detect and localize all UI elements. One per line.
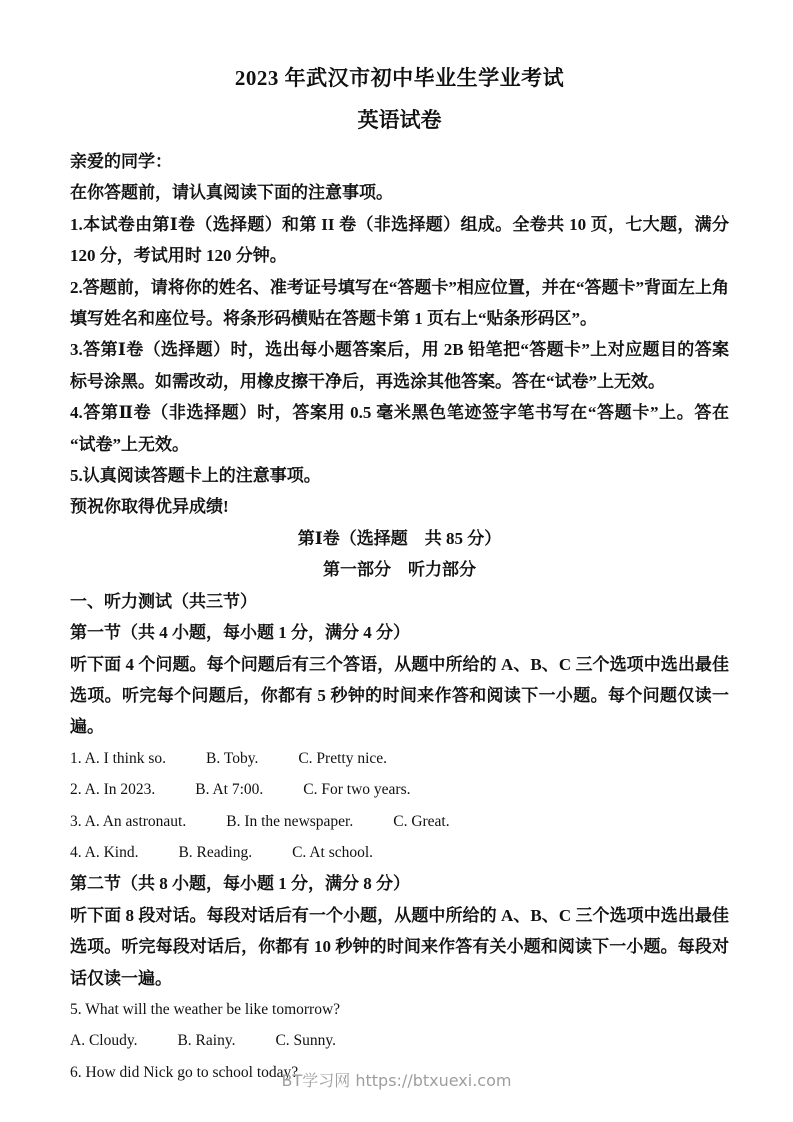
- option-cell: B. Rainy.: [177, 1025, 235, 1056]
- option-cell: B. At 7:00.: [195, 774, 263, 805]
- exam-paper-page: 2023 年武汉市初中毕业生学业考试 英语试卷 亲爱的同学： 在你答题前，请认真…: [0, 0, 793, 1122]
- listening-heading: 一、听力测试（共三节）: [70, 586, 729, 617]
- option-cell: C. Great.: [393, 806, 449, 837]
- instruction-item-5: 5.认真阅读答题卡上的注意事项。: [70, 460, 729, 491]
- part-heading: 第一部分 听力部分: [70, 554, 729, 585]
- notice-line: 在你答题前，请认真阅读下面的注意事项。: [70, 177, 729, 208]
- question-5: 5. What will the weather be like tomorro…: [70, 994, 729, 1025]
- volume-heading: 第Ⅰ卷（选择题 共 85 分）: [70, 523, 729, 554]
- option-cell: C. Sunny.: [275, 1025, 336, 1056]
- option-cell: 4. A. Kind.: [70, 837, 138, 868]
- question-row-1: 1. A. I think so. B. Toby. C. Pretty nic…: [70, 743, 729, 774]
- instruction-item-3: 3.答第Ⅰ卷（选择题）时，选出每小题答案后，用 2B 铅笔把“答题卡”上对应题目…: [70, 334, 729, 397]
- option-cell: C. At school.: [292, 837, 373, 868]
- section1-description: 听下面 4 个问题。每个问题后有三个答语，从题中所给的 A、B、C 三个选项中选…: [70, 649, 729, 743]
- section1-heading: 第一节（共 4 小题，每小题 1 分，满分 4 分）: [70, 617, 729, 648]
- question-5-options: A. Cloudy. B. Rainy. C. Sunny.: [70, 1025, 729, 1056]
- wish-line: 预祝你取得优异成绩!: [70, 491, 729, 522]
- option-cell: 3. A. An astronaut.: [70, 806, 186, 837]
- question-row-3: 3. A. An astronaut. B. In the newspaper.…: [70, 806, 729, 837]
- section2-description: 听下面 8 段对话。每段对话后有一个小题，从题中所给的 A、B、C 三个选项中选…: [70, 900, 729, 994]
- option-cell: C. Pretty nice.: [298, 743, 387, 774]
- instruction-item-2: 2.答题前，请将你的姓名、准考证号填写在“答题卡”相应位置，并在“答题卡”背面左…: [70, 272, 729, 335]
- option-cell: B. Reading.: [178, 837, 252, 868]
- question-row-2: 2. A. In 2023. B. At 7:00. C. For two ye…: [70, 774, 729, 805]
- instruction-item-1: 1.本试卷由第Ⅰ卷（选择题）和第 II 卷（非选择题）组成。全卷共 10 页，七…: [70, 209, 729, 272]
- option-cell: B. Toby.: [206, 743, 258, 774]
- option-cell: 1. A. I think so.: [70, 743, 166, 774]
- option-cell: B. In the newspaper.: [226, 806, 353, 837]
- section2-heading: 第二节（共 8 小题，每小题 1 分，满分 8 分）: [70, 868, 729, 899]
- page-subtitle: 英语试卷: [70, 104, 729, 136]
- option-cell: C. For two years.: [303, 774, 410, 805]
- option-cell: A. Cloudy.: [70, 1025, 137, 1056]
- option-cell: 2. A. In 2023.: [70, 774, 155, 805]
- instruction-item-4: 4.答第Ⅱ卷（非选择题）时，答案用 0.5 毫米黑色笔迹签字笔书写在“答题卡”上…: [70, 397, 729, 460]
- question-row-4: 4. A. Kind. B. Reading. C. At school.: [70, 837, 729, 868]
- salutation-line: 亲爱的同学：: [70, 146, 729, 177]
- site-watermark: BT学习网 https://btxuexi.com: [0, 1068, 793, 1091]
- exam-content: 亲爱的同学： 在你答题前，请认真阅读下面的注意事项。 1.本试卷由第Ⅰ卷（选择题…: [70, 146, 729, 1088]
- page-title: 2023 年武汉市初中毕业生学业考试: [70, 62, 729, 94]
